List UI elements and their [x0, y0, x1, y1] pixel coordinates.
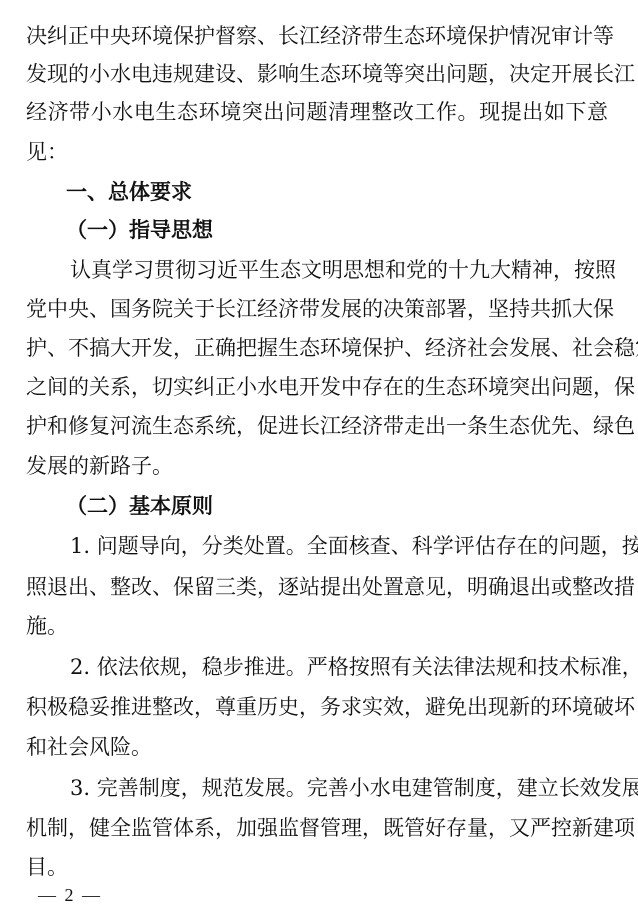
document-page: 决纠正中央环境保护督察、长江经济带生态环境保护情况审计等 发现的小水电违规建设、…	[0, 0, 638, 918]
paragraph-line-8: 党中央、国务院关于长江经济带发展的决策部署，坚持共抓大保	[26, 294, 608, 324]
principle-2-line-2: 积极稳妥推进整改，尊重历史，务求实效，避免出现新的环境破坏	[26, 692, 608, 722]
principle-2-line-1: 2. 依法依规，稳步推进。严格按照有关法律法规和技术标准，	[70, 652, 608, 682]
principle-2-line-3: 和社会风险。	[26, 732, 608, 762]
principle-1-line-1: 1. 问题导向，分类处置。全面核查、科学评估存在的问题，按	[70, 531, 608, 561]
paragraph-line-9: 护、不搞大开发，正确把握生态环境保护、经济社会发展、社会稳定	[26, 333, 608, 363]
paragraph-line-11: 护和修复河流生态系统，促进长江经济带走出一条生态优先、绿色	[26, 411, 608, 441]
paragraph-line-3: 经济带小水电生态环境突出问题清理整改工作。现提出如下意	[26, 97, 608, 127]
subsection-heading-guiding-ideology: （一）指导思想	[66, 215, 638, 245]
principle-3-line-1: 3. 完善制度，规范发展。完善小水电建管制度，建立长效发展	[70, 773, 608, 803]
paragraph-line-10: 之间的关系，切实纠正小水电开发中存在的生态环境突出问题，保	[26, 372, 608, 402]
page-number: — 2 —	[38, 882, 102, 908]
principle-1-line-3: 施。	[26, 611, 608, 641]
principle-3-line-2: 机制，健全监管体系，加强监督管理，既管好存量，又严控新建项	[26, 813, 608, 843]
subsection-heading-basic-principles: （二）基本原则	[66, 491, 638, 521]
section-heading-overall-requirements: 一、总体要求	[66, 177, 638, 207]
paragraph-line-7: 认真学习贯彻习近平生态文明思想和党的十九大精神，按照	[70, 255, 608, 285]
paragraph-line-2: 发现的小水电违规建设、影响生态环境等突出问题，决定开展长江	[26, 59, 608, 89]
paragraph-line-4: 见：	[26, 137, 608, 167]
principle-3-line-3: 目。	[26, 852, 608, 882]
principle-1-line-2: 照退出、整改、保留三类，逐站提出处置意见，明确退出或整改措	[26, 572, 608, 602]
paragraph-line-1: 决纠正中央环境保护督察、长江经济带生态环境保护情况审计等	[26, 21, 608, 51]
paragraph-line-12: 发展的新路子。	[26, 451, 608, 481]
